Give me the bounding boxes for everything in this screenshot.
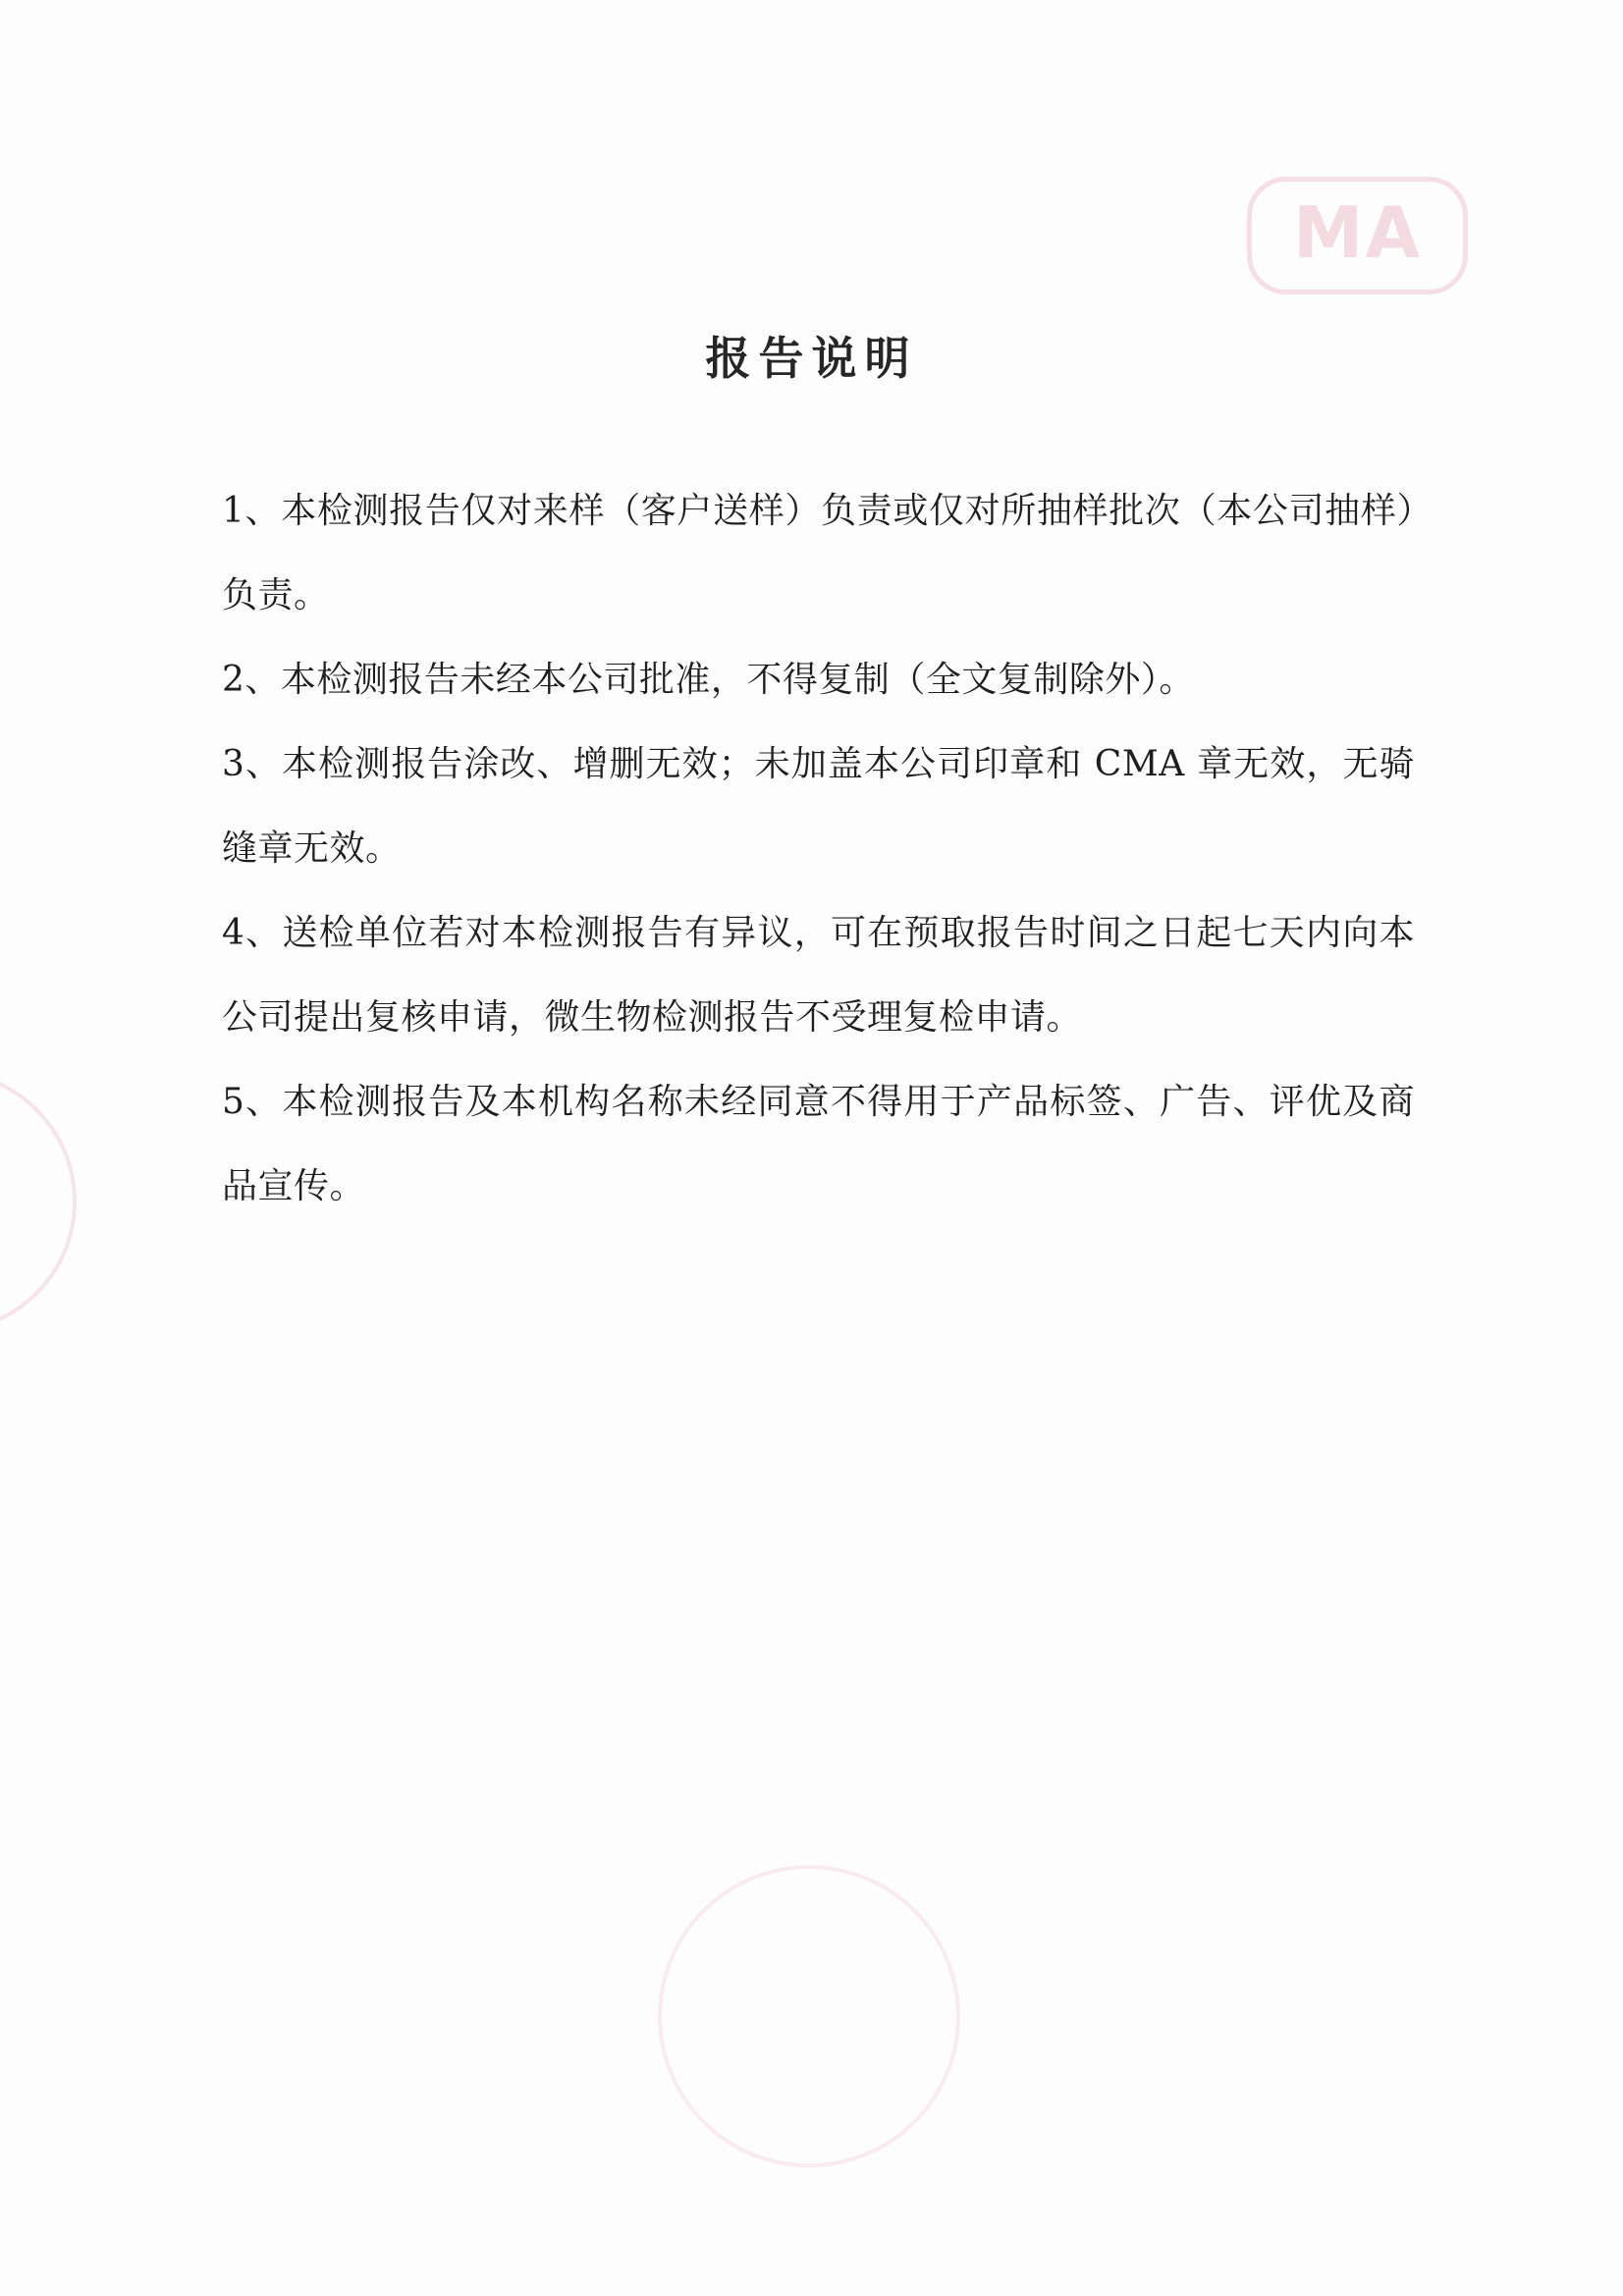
item-text: 本检测报告涂改、增删无效；未加盖本公司印章和 CMA 章无效，无骑缝章无效。 xyxy=(222,744,1415,869)
page-title: 报告说明 xyxy=(0,323,1623,388)
item-number: 5、 xyxy=(222,1082,282,1122)
statement-item-5: 5、本检测报告及本机构名称未经同意不得用于产品标签、广告、评优及商品宣传。 xyxy=(222,1060,1415,1229)
item-number: 1、 xyxy=(222,491,281,531)
item-text: 本检测报告及本机构名称未经同意不得用于产品标签、广告、评优及商品宣传。 xyxy=(222,1082,1415,1206)
statement-item-4: 4、送检单位若对本检测报告有异议，可在预取报告时间之日起七天内向本公司提出复核申… xyxy=(222,891,1415,1060)
item-number: 4、 xyxy=(222,913,282,953)
item-text: 本检测报告仅对来样（客户送样）负责或仅对所抽样批次（本公司抽样）负责。 xyxy=(222,491,1415,615)
item-text: 本检测报告未经本公司批准，不得复制（全文复制除外）。 xyxy=(281,660,1195,700)
statement-item-2: 2、本检测报告未经本公司批准，不得复制（全文复制除外）。 xyxy=(222,638,1415,722)
item-text: 送检单位若对本检测报告有异议，可在预取报告时间之日起七天内向本公司提出复核申请，… xyxy=(222,913,1415,1038)
statement-list: 1、本检测报告仅对来样（客户送样）负责或仅对所抽样批次（本公司抽样）负责。 2、… xyxy=(222,469,1415,1229)
company-seal-bottom xyxy=(658,1865,960,2167)
item-number: 3、 xyxy=(222,744,282,784)
statement-item-1: 1、本检测报告仅对来样（客户送样）负责或仅对所抽样批次（本公司抽样）负责。 xyxy=(222,469,1415,638)
cma-stamp: MA xyxy=(1247,177,1468,294)
statement-item-3: 3、本检测报告涂改、增删无效；未加盖本公司印章和 CMA 章无效，无骑缝章无效。 xyxy=(222,722,1415,891)
riding-seal-left xyxy=(0,1070,77,1333)
item-number: 2、 xyxy=(222,660,281,700)
